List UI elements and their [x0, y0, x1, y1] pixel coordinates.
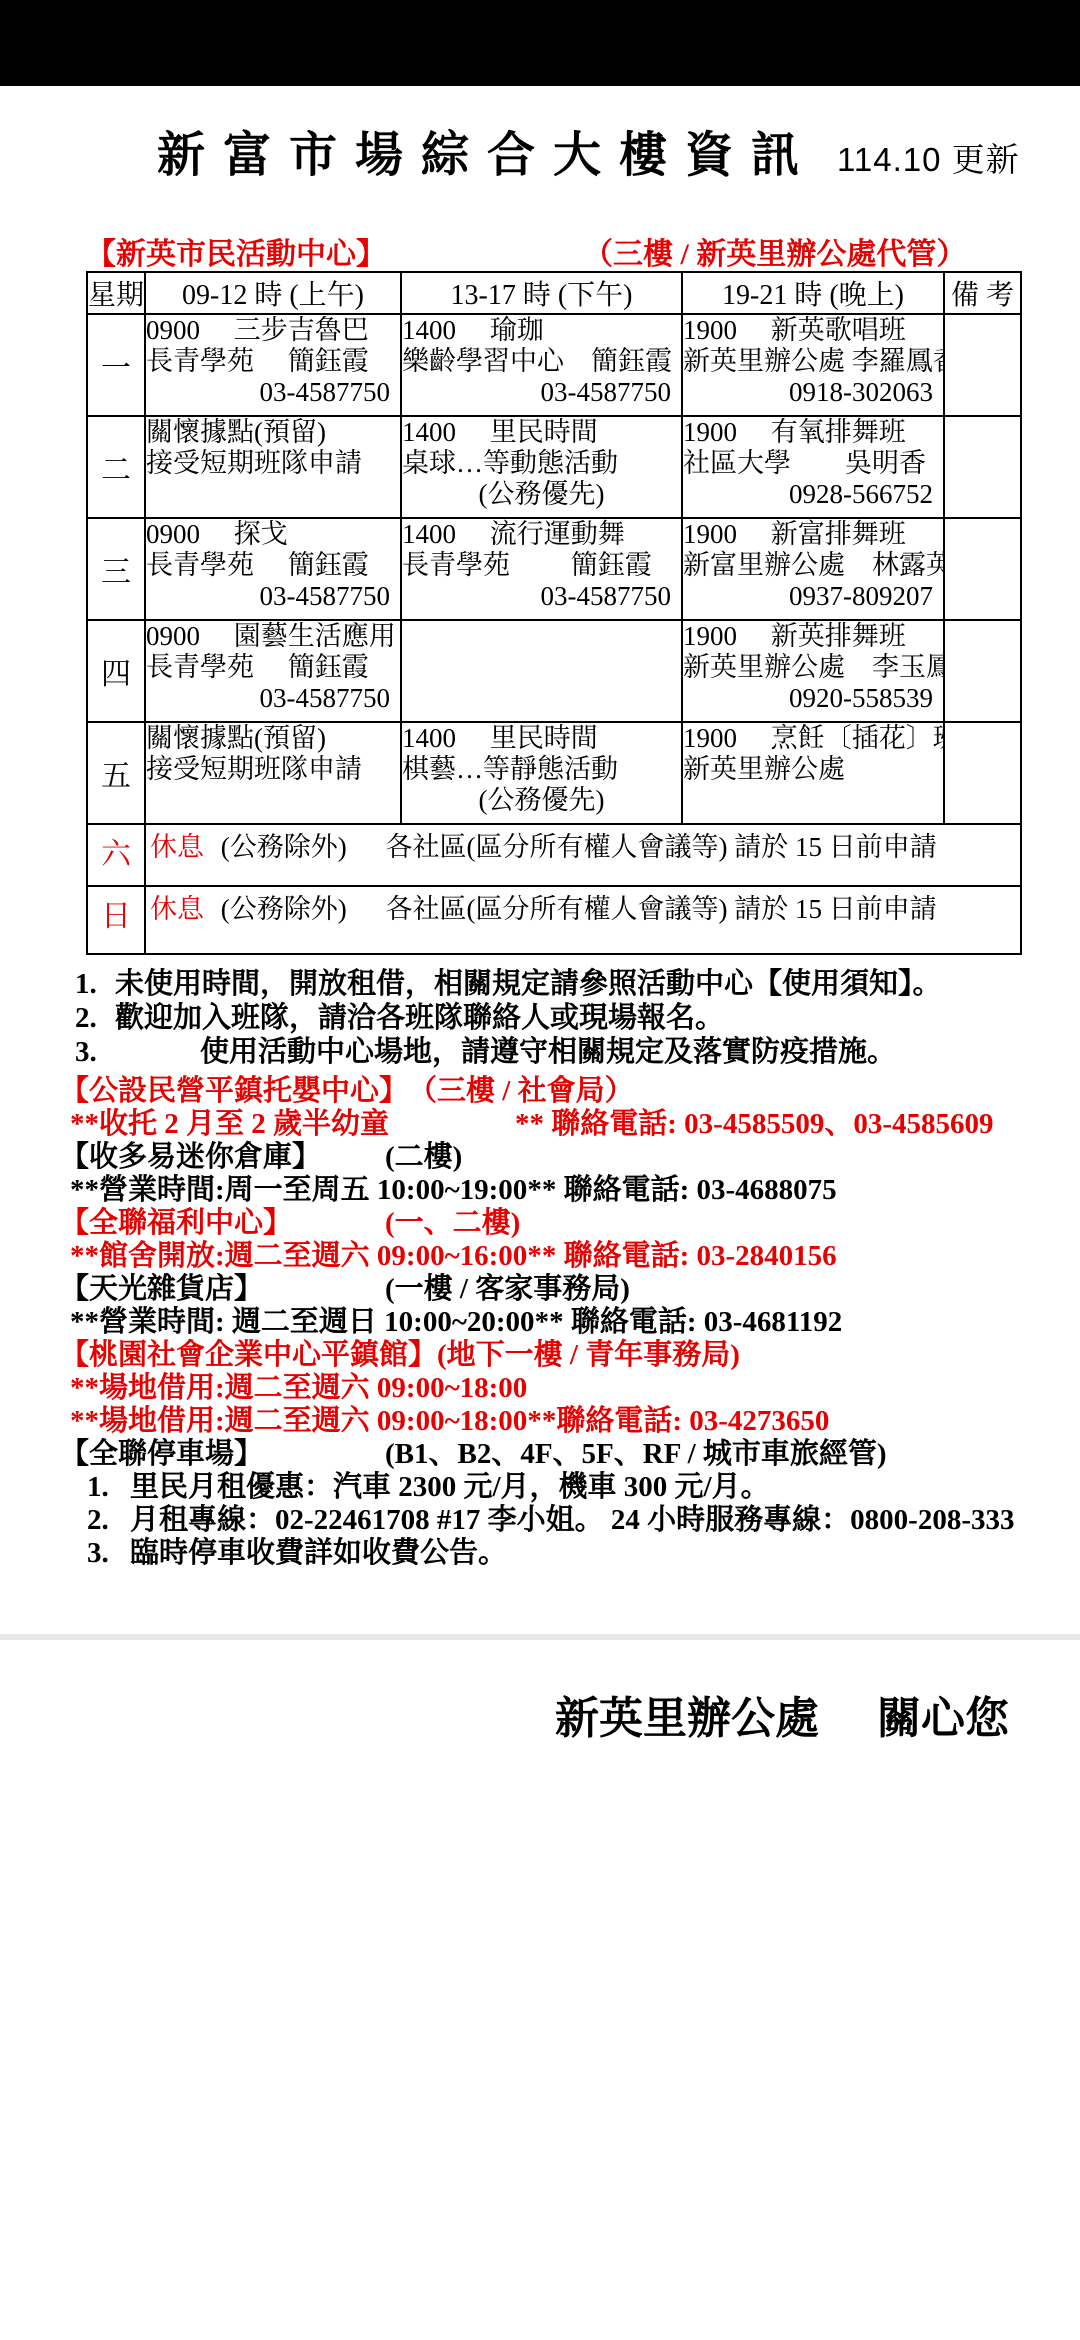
remarks-cell: [944, 416, 1021, 518]
rest-label: 休息: [150, 894, 204, 924]
table-row-friday: 五 關懷據點(預留) 接受短期班隊申請 1400 里民時間 棋藝…等靜態活動 (…: [87, 722, 1021, 824]
schedule-cell: 0900 三步吉魯巴 長青學苑 簡鈺霞 03-4587750: [145, 314, 401, 416]
schedule-cell: 1900 新富排舞班 新富里辦公處 林露英 0937-809207: [682, 518, 944, 620]
facility-detail: **營業時間: 週二至週日 10:00~20:00 ** 聯絡電話: 03-46…: [70, 1306, 1022, 1339]
table-row-saturday: 六 休息 (公務除外) 各社區(區分所有權人會議等) 請於 15 日前申請: [87, 824, 1021, 886]
title-row: 新富市場綜合大樓資訊 114.10 更新: [58, 116, 1022, 185]
schedule-cell: 1400 里民時間 桌球…等動態活動 (公務優先): [401, 416, 682, 518]
day-label: 三: [87, 518, 145, 620]
footer-slogan: 關心您: [877, 1682, 1009, 1746]
schedule-cell: 0900 園藝生活應用 長青學苑 簡鈺霞 03-4587750: [145, 620, 401, 722]
schedule-cell: [401, 620, 682, 722]
day-label: 四: [87, 620, 145, 722]
rest-label: 休息: [150, 832, 204, 862]
update-version: 114.10 更新: [837, 134, 1020, 181]
header-evening: 19-21 時 (晚上): [682, 272, 944, 314]
footer-office-name: 新英里辦公處: [555, 1682, 819, 1746]
table-row-tuesday: 二 關懷據點(預留) 接受短期班隊申請 1400 里民時間 桌球…等動態活動 (…: [87, 416, 1021, 518]
schedule-cell: 關懷據點(預留) 接受短期班隊申請: [145, 722, 401, 824]
facility-heading-storage: 【收多易迷你倉庫】 (二樓): [60, 1141, 1022, 1174]
day-label: 日: [87, 886, 145, 954]
facility-detail: **收托 2 月至 2 歲半幼童 ** 聯絡電話: 03-4585509、03-…: [70, 1108, 1022, 1141]
table-row-thursday: 四 0900 園藝生活應用 長青學苑 簡鈺霞 03-4587750 1900 新…: [87, 620, 1021, 722]
activity-center-heading: 【新英市民活動中心】 （三樓 / 新英里辦公處代管）: [58, 229, 1022, 267]
activity-center-name: 【新英市民活動中心】: [86, 229, 386, 273]
facility-heading-pxmart: 【全聯福利中心】 (一、二樓): [60, 1207, 1022, 1240]
footer-signature: 新英里辦公處 關心您: [555, 1682, 1022, 1746]
document-page: 新富市場綜合大樓資訊 114.10 更新 【新英市民活動中心】 （三樓 / 新英…: [0, 116, 1080, 1746]
header-morning: 09-12 時 (上午): [145, 272, 401, 314]
notes-list: 1. 未使用時間，開放租借，相關規定請參照活動中心【使用須知】。 2. 歡迎加入…: [58, 967, 1022, 1069]
weekend-cell: 休息 (公務除外) 各社區(區分所有權人會議等) 請於 15 日前申請: [145, 886, 1021, 954]
day-label: 二: [87, 416, 145, 518]
schedule-header-row: 星期 09-12 時 (上午) 13-17 時 (下午) 19-21 時 (晚上…: [87, 272, 1021, 314]
community-note: 各社區(區分所有權人會議等) 請於 15 日前申請: [385, 832, 936, 862]
facility-detail: **場地借用:週二至週六 09:00~18:00 **聯絡電話: 03-4273…: [70, 1405, 1022, 1438]
remarks-cell: [944, 314, 1021, 416]
table-row-monday: 一 0900 三步吉魯巴 長青學苑 簡鈺霞 03-4587750 1400 瑜珈…: [87, 314, 1021, 416]
facility-detail: **營業時間:周一至周五 10:00~19:00 ** 聯絡電話: 03-468…: [70, 1174, 1022, 1207]
parking-item: 3. 臨時停車收費詳如收費公告。: [58, 1537, 1022, 1570]
schedule-cell: 1900 新英排舞班 新英里辦公處 李玉鳳 0920-558539: [682, 620, 944, 722]
parking-item: 2. 月租專線：02-22461708 #17 李小姐。 24 小時服務專線：0…: [58, 1504, 1022, 1537]
facility-sections: 【公設民營平鎮托嬰中心】 （三樓 / 社會局） **收托 2 月至 2 歲半幼童…: [58, 1075, 1022, 1570]
community-note: 各社區(區分所有權人會議等) 請於 15 日前申請: [385, 894, 936, 924]
table-row-sunday: 日 休息 (公務除外) 各社區(區分所有權人會議等) 請於 15 日前申請: [87, 886, 1021, 954]
facility-detail: **場地借用:週二至週六 09:00~18:00: [70, 1372, 1022, 1405]
facility-heading-nursery: 【公設民營平鎮托嬰中心】 （三樓 / 社會局）: [60, 1075, 1022, 1108]
day-label: 一: [87, 314, 145, 416]
status-bar: [0, 0, 1080, 86]
rest-note: (公務除外): [221, 894, 347, 924]
schedule-cell: 1900 有氧排舞班 社區大學 吳明香 0928-566752: [682, 416, 944, 518]
schedule-cell: 1900 烹飪〔插花〕班 新英里辦公處: [682, 722, 944, 824]
schedule-cell: 1400 里民時間 棋藝…等靜態活動 (公務優先): [401, 722, 682, 824]
weekend-cell: 休息 (公務除外) 各社區(區分所有權人會議等) 請於 15 日前申請: [145, 824, 1021, 886]
day-label: 五: [87, 722, 145, 824]
rest-note: (公務除外): [221, 832, 347, 862]
note-item: 2. 歡迎加入班隊，請洽各班隊聯絡人或現場報名。: [58, 1001, 1022, 1035]
schedule-cell: 1400 流行運動舞 長青學苑 簡鈺霞 03-4587750: [401, 518, 682, 620]
schedule-cell: 1400 瑜珈 樂齡學習中心 簡鈺霞 03-4587750: [401, 314, 682, 416]
header-afternoon: 13-17 時 (下午): [401, 272, 682, 314]
facility-heading-parking: 【全聯停車場】 (B1、B2、4F、5F、RF / 城市車旅經管): [60, 1438, 1022, 1471]
remarks-cell: [944, 620, 1021, 722]
header-day: 星期: [87, 272, 145, 314]
remarks-cell: [944, 518, 1021, 620]
parking-item: 1. 里民月租優惠：汽車 2300 元/月，機車 300 元/月。: [58, 1471, 1022, 1504]
facility-heading-grocery: 【天光雜貨店】 (一樓 / 客家事務局): [60, 1273, 1022, 1306]
schedule-cell: 0900 探戈 長青學苑 簡鈺霞 03-4587750: [145, 518, 401, 620]
schedule-cell: 1900 新英歌唱班 新英里辦公處 李羅鳳香 0918-302063: [682, 314, 944, 416]
schedule-table: 星期 09-12 時 (上午) 13-17 時 (下午) 19-21 時 (晚上…: [86, 271, 1022, 955]
note-item: 3. 使用活動中心場地，請遵守相關規定及落實防疫措施。: [58, 1035, 1022, 1069]
page-title: 新富市場綜合大樓資訊: [157, 116, 817, 185]
facility-heading-social-enterprise: 【桃園社會企業中心平鎮館】 (地下一樓 / 青年事務局): [60, 1339, 1022, 1372]
table-row-wednesday: 三 0900 探戈 長青學苑 簡鈺霞 03-4587750 1400 流行運動舞…: [87, 518, 1021, 620]
remarks-cell: [944, 722, 1021, 824]
schedule-cell: 關懷據點(預留) 接受短期班隊申請: [145, 416, 401, 518]
facility-detail: **館舍開放:週二至週六 09:00~16:00 ** 聯絡電話: 03-284…: [70, 1240, 1022, 1273]
day-label: 六: [87, 824, 145, 886]
header-remarks: 備 考: [944, 272, 1021, 314]
note-item: 1. 未使用時間，開放租借，相關規定請參照活動中心【使用須知】。: [58, 967, 1022, 1001]
section-divider: [0, 1634, 1080, 1640]
activity-center-management: （三樓 / 新英里辦公處代管）: [583, 229, 966, 273]
